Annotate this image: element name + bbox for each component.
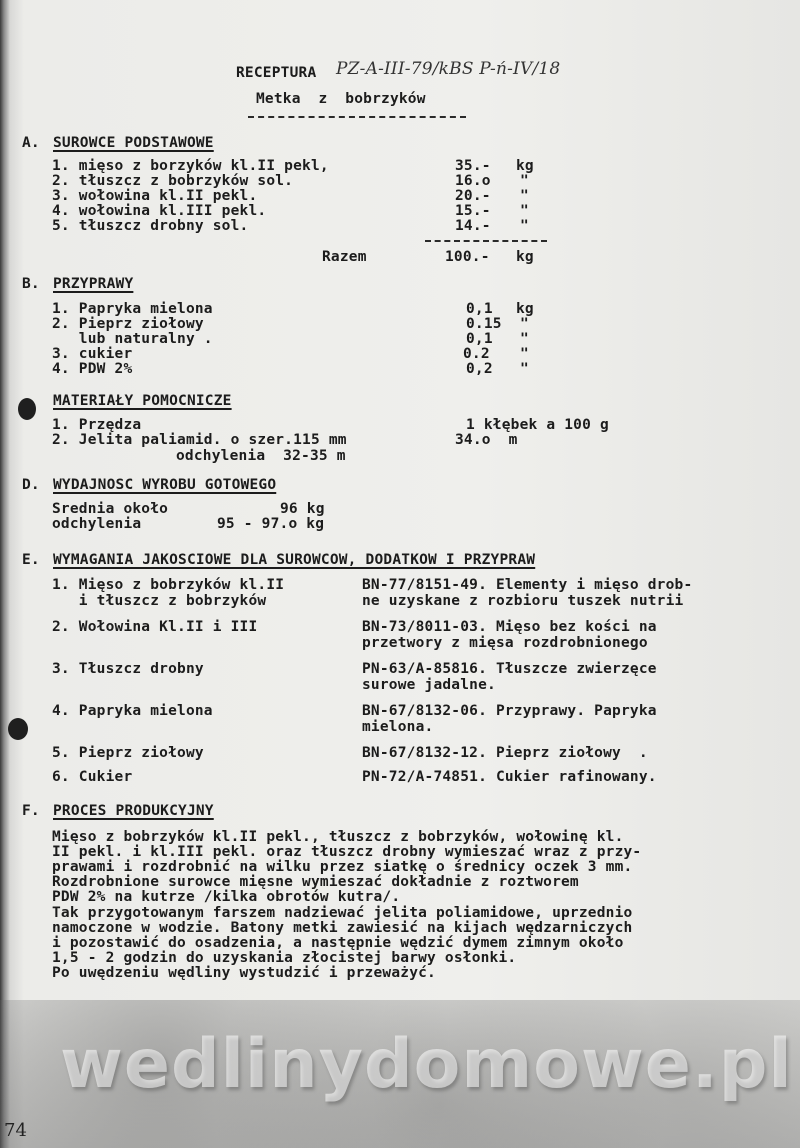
scanned-page: RECEPTURA PZ-A-III-79/kBS P-ń-IV/18 Metk… — [0, 0, 800, 1148]
section-c-qty-2: 34.o m — [455, 433, 518, 448]
section-a-item-3: 3. wołowina kl.II pekl. — [52, 189, 257, 204]
section-a-total-unit: kg — [516, 250, 534, 265]
section-a-qty-3: 20.- — [455, 189, 491, 204]
section-b-qty-3: 0.2 — [463, 347, 490, 362]
section-b-qty-2b: 0,1 — [466, 332, 493, 347]
section-e-item-5-label: 5. Pieprz ziołowy — [52, 746, 204, 761]
section-e-item-6-norm: PN-72/A-74851. Cukier rafinowany. — [362, 770, 657, 785]
section-b-item-3: 3. cukier — [52, 347, 132, 362]
section-a-qty-2: 16.o — [455, 174, 491, 189]
section-e-item-1-label-a: 1. Mięso z bobrzyków kl.II — [52, 578, 284, 593]
section-a-unit-4: " — [520, 204, 529, 219]
section-b-item-4: 4. PDW 2% — [52, 362, 132, 377]
section-b-qty-2: 0.15 — [466, 317, 502, 332]
section-e-item-1-label-b: i tłuszcz z bobrzyków — [52, 594, 266, 609]
section-b-item-1: 1. Papryka mielona — [52, 302, 213, 317]
section-d-row-1-label: Srednia około — [52, 502, 168, 517]
section-f-title: PROCES PRODUKCYJNY — [53, 804, 214, 819]
section-e-item-4-norm-a: BN-67/8132-06. Przyprawy. Papryka — [362, 704, 657, 719]
section-b-item-2: 2. Pieprz ziołowy — [52, 317, 204, 332]
process-line: Tak przygotowanym farszem nadziewać jeli… — [52, 906, 632, 921]
section-a-title: SUROWCE PODSTAWOWE — [53, 136, 214, 151]
section-d-title: WYDAJNOSC WYROBU GOTOWEGO — [53, 478, 276, 493]
handwritten-code: PZ-A-III-79/kBS P-ń-IV/18 — [336, 62, 560, 77]
section-d-letter: D. — [22, 478, 40, 493]
section-e-item-5-norm: BN-67/8132-12. Pieprz ziołowy . — [362, 746, 648, 761]
section-c-item-1: 1. Przędza — [52, 418, 141, 433]
process-line: Mięso z bobrzyków kl.II pekl., tłuszcz z… — [52, 830, 624, 845]
section-b-item-2b: lub naturalny . — [52, 332, 213, 347]
section-a-item-1: 1. mięso z borzyków kl.II pekl, — [52, 159, 329, 174]
section-c-title: MATERIAŁY POMOCNICZE — [53, 394, 232, 409]
process-line: Po uwędzeniu wędliny wystudzić i przeważ… — [52, 966, 436, 981]
section-a-item-4: 4. wołowina kl.III pekl. — [52, 204, 266, 219]
section-b-unit-1: kg — [516, 302, 534, 317]
process-line: PDW 2% na kutrze /kilka obrotów kutra/. — [52, 890, 400, 905]
process-line: Rozdrobnione surowce mięsne wymieszać do… — [52, 875, 579, 890]
section-a-unit-2: " — [520, 174, 529, 189]
section-e-item-3-norm-a: PN-63/A-85816. Tłuszcze zwierzęce — [362, 662, 657, 677]
section-b-letter: B. — [22, 277, 40, 292]
title-underline — [248, 116, 466, 118]
process-line: II pekl. i kl.III pekl. oraz tłuszcz dro… — [52, 845, 641, 860]
section-a-unit-5: " — [520, 219, 529, 234]
section-b-unit-2: " — [520, 317, 529, 332]
section-e-item-2-label: 2. Wołowina Kl.II i III — [52, 620, 257, 635]
process-line: 1,5 - 2 godzin do uzyskania złocistej ba… — [52, 951, 516, 966]
section-a-unit-3: " — [520, 189, 529, 204]
section-e-letter: E. — [22, 553, 40, 568]
process-line: prawami i rozdrobnić na wilku przez siat… — [52, 860, 632, 875]
section-d-row-2-label: odchylenia — [52, 517, 141, 532]
process-line: namoczone w wodzie. Batony metki zawiesi… — [52, 921, 632, 936]
section-a-item-2: 2. tłuszcz z bobrzyków sol. — [52, 174, 293, 189]
section-e-item-1-norm-b: ne uzyskane z rozbioru tuszek nutrii — [362, 594, 683, 609]
section-d-row-2-value: 95 - 97.o kg — [217, 517, 324, 532]
section-b-unit-2b: " — [520, 332, 529, 347]
section-e-item-4-norm-b: mielona. — [362, 720, 433, 735]
section-a-total-label: Razem — [322, 250, 367, 265]
section-b-unit-4: " — [520, 362, 529, 377]
punch-hole-mark — [8, 718, 28, 740]
punch-hole-mark — [18, 398, 36, 420]
section-f-letter: F. — [22, 804, 40, 819]
section-c-note: odchylenia 32-35 m — [176, 449, 346, 464]
section-a-letter: A. — [22, 136, 40, 151]
watermark: wedlinydomowe.pl — [60, 1025, 793, 1104]
section-a-item-5: 5. tłuszcz drobny sol. — [52, 219, 248, 234]
section-c-qty-1: 1 kłębek a 100 g — [466, 418, 609, 433]
recipe-subtitle: Metka z bobrzyków — [256, 92, 426, 107]
section-b-unit-3: " — [520, 347, 529, 362]
section-a-total-qty: 100.- — [445, 250, 490, 265]
section-e-item-1-norm-a: BN-77/8151-49. Elementy i mięso drob- — [362, 578, 692, 593]
page-number: 74 — [4, 1120, 27, 1141]
section-e-item-3-label: 3. Tłuszcz drobny — [52, 662, 204, 677]
section-a-unit-1: kg — [516, 159, 534, 174]
section-b-qty-4: 0,2 — [466, 362, 493, 377]
section-a-qty-4: 15.- — [455, 204, 491, 219]
section-a-qty-5: 14.- — [455, 219, 491, 234]
recipe-title: RECEPTURA — [236, 66, 316, 81]
section-c-item-2: 2. Jelita paliamid. o szer.115 mm — [52, 433, 347, 448]
section-b-qty-1: 0,1 — [466, 302, 493, 317]
section-e-item-6-label: 6. Cukier — [52, 770, 132, 785]
section-e-title: WYMAGANIA JAKOSCIOWE DLA SUROWCOW, DODAT… — [53, 553, 535, 568]
section-e-item-3-norm-b: surowe jadalne. — [362, 678, 496, 693]
section-e-item-2-norm-a: BN-73/8011-03. Mięso bez kości na — [362, 620, 657, 635]
section-d-row-1-value: 96 kg — [280, 502, 325, 517]
section-e-item-4-label: 4. Papryka mielona — [52, 704, 213, 719]
section-e-item-2-norm-b: przetwory z mięsa rozdrobnionego — [362, 636, 648, 651]
section-a-qty-1: 35.- — [455, 159, 491, 174]
process-line: i pozostawić do osadzenia, a następnie w… — [52, 936, 624, 951]
sum-line — [425, 240, 547, 242]
section-b-title: PRZYPRAWY — [53, 277, 133, 292]
